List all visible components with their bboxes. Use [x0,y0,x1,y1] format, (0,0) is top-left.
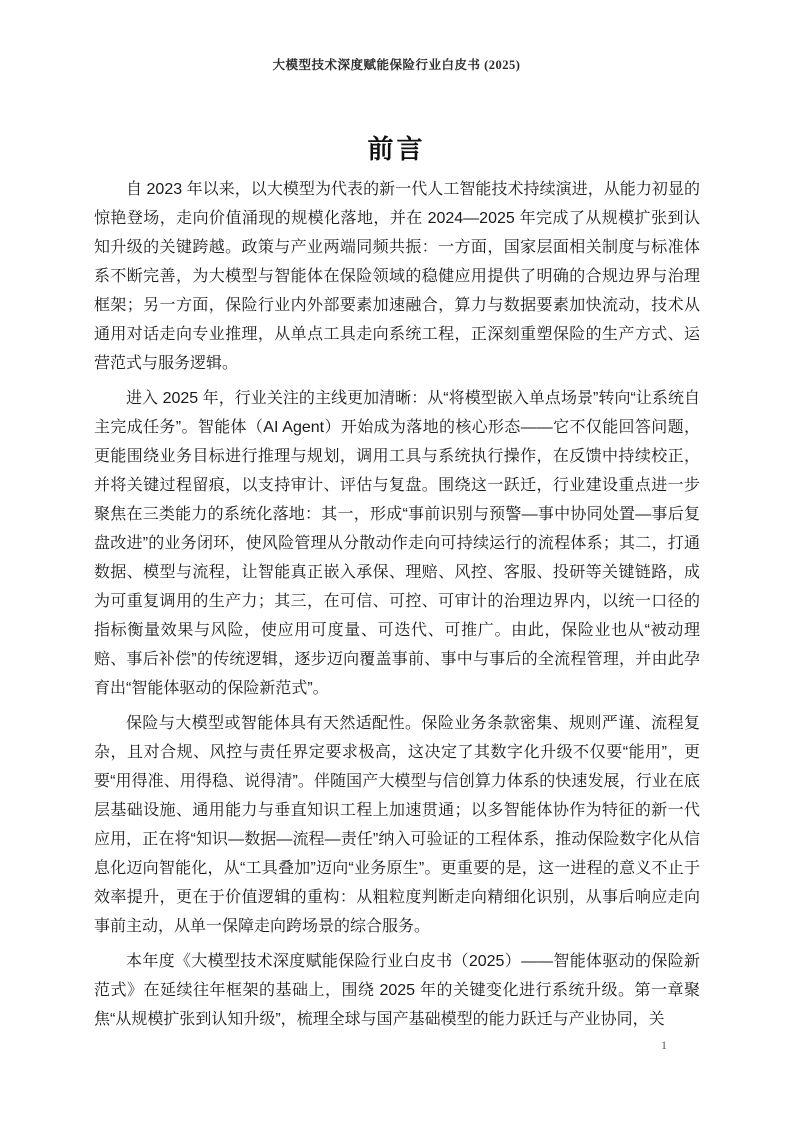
paragraph-2: 进入 2025 年，行业关注的主线更加清晰：从“将模型嵌入单点场景”转向“让系统… [94,384,700,703]
page-title: 前言 [0,129,793,166]
page-number: 1 [661,1038,667,1053]
paragraph-1: 自 2023 年以来，以大模型为代表的新一代人工智能技术持续演进，从能力初显的惊… [94,175,700,378]
running-header: 大模型技术深度赋能保险行业白皮书 (2025) [0,55,793,73]
document-body: 自 2023 年以来，以大模型为代表的新一代人工智能技术持续演进，从能力初显的惊… [94,175,700,1040]
paragraph-3: 保险与大模型或智能体具有天然适配性。保险业务条款密集、规则严谨、流程复杂，且对合… [94,709,700,941]
paragraph-4: 本年度《大模型技术深度赋能保险行业白皮书（2025）——智能体驱动的保险新范式》… [94,947,700,1034]
document-page: 大模型技术深度赋能保险行业白皮书 (2025) 前言 自 2023 年以来，以大… [0,0,793,1122]
